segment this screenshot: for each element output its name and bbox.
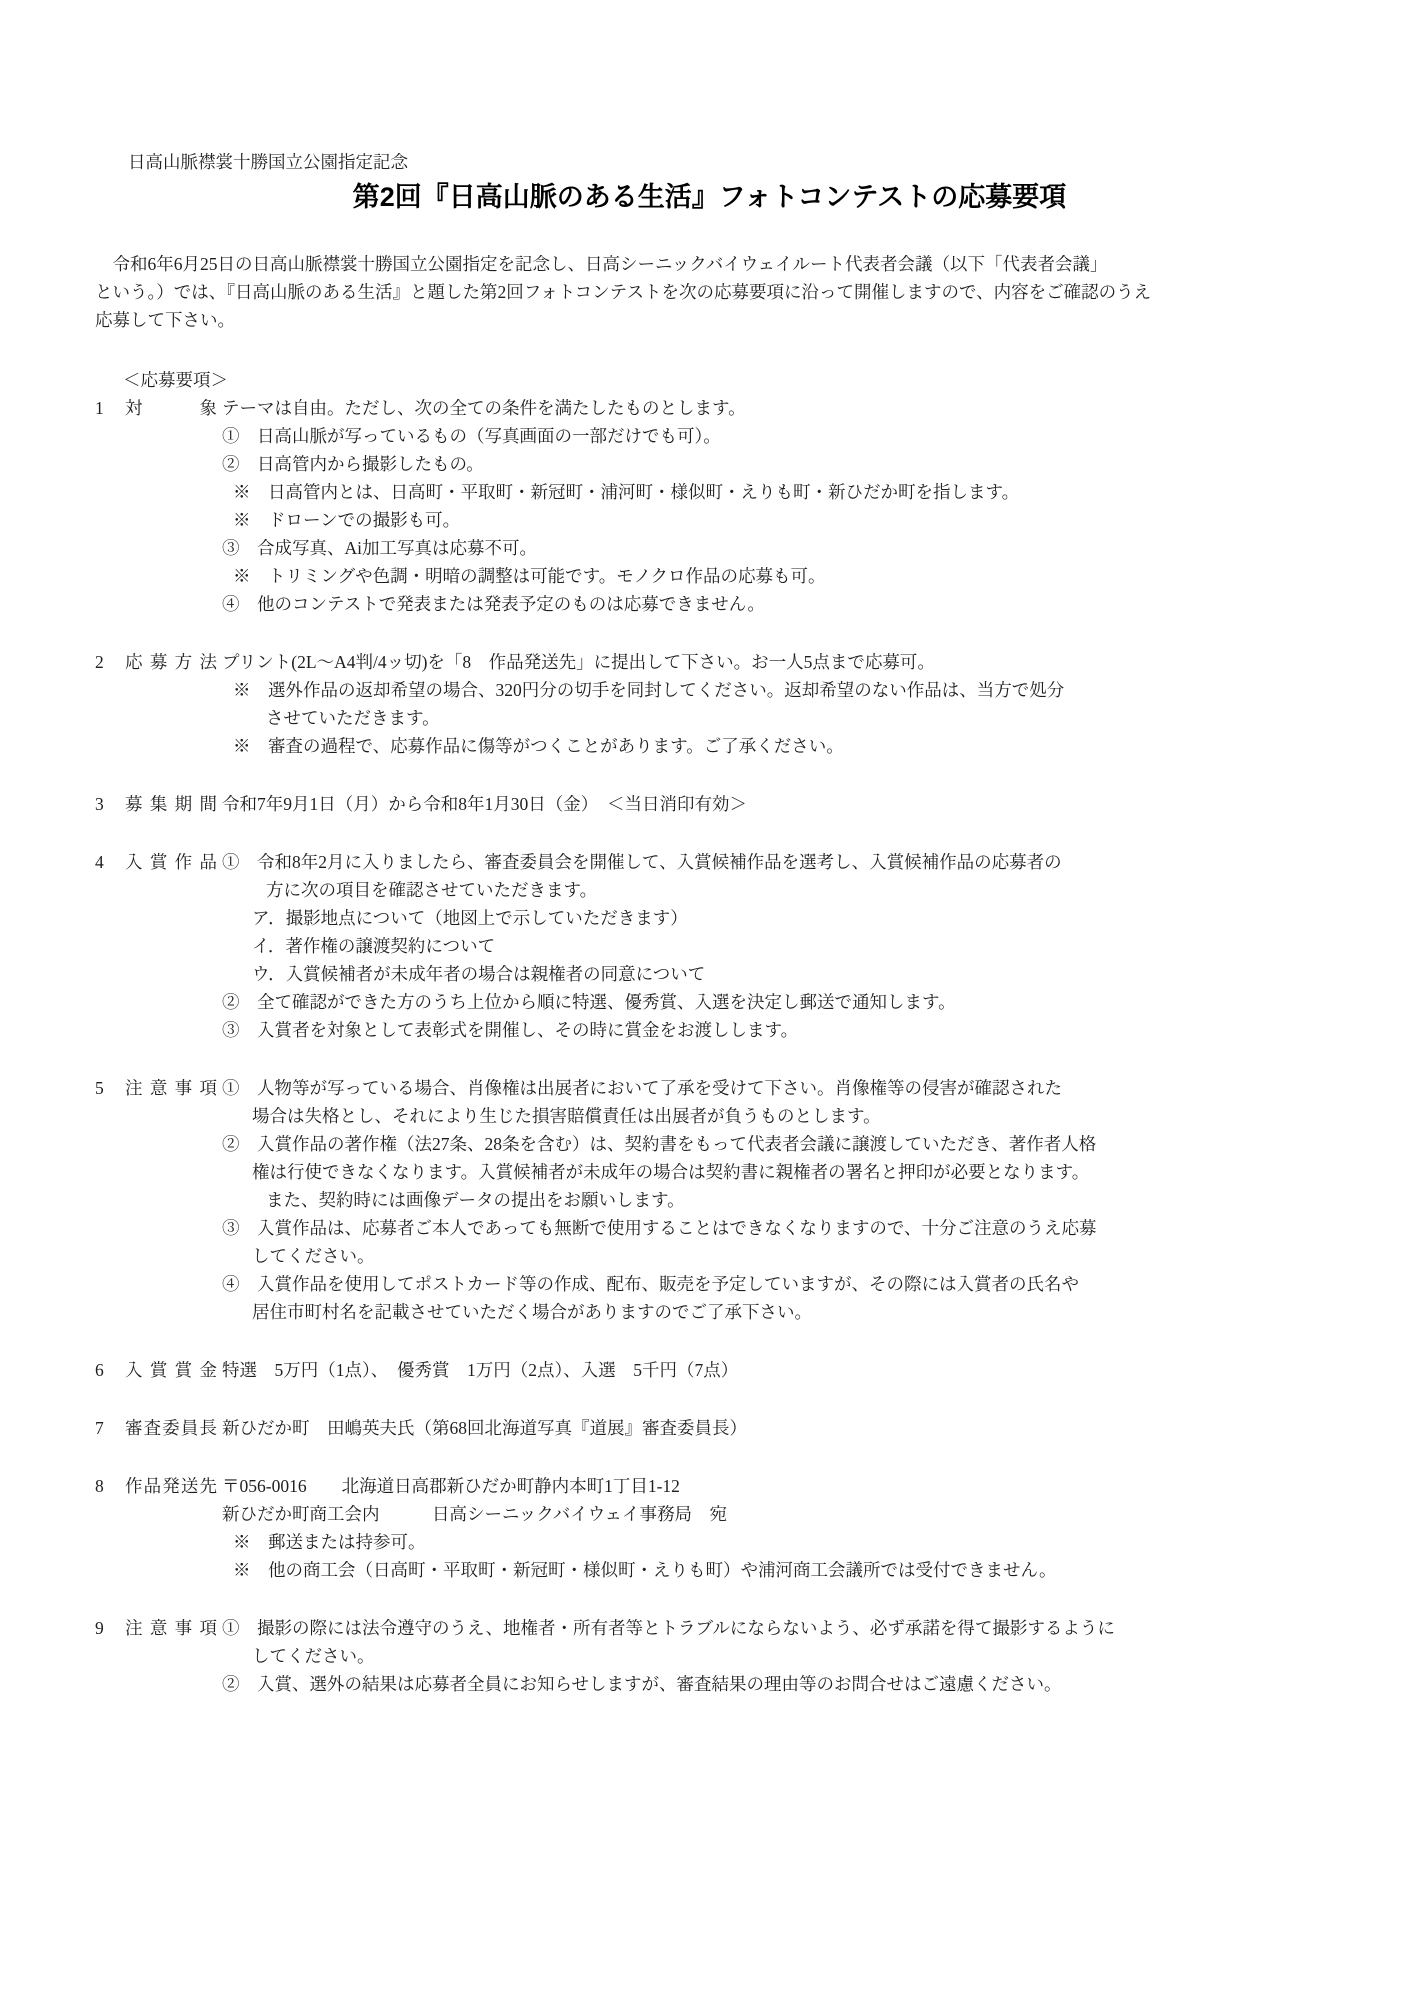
content-line: ② 入賞作品の著作権（法27条、28条を含む）は、契約書をもって代表者会議に譲渡… <box>222 1130 1324 1158</box>
content-line: また、契約時には画像データの提出をお願いします。 <box>222 1186 1324 1214</box>
section-number: 8 <box>95 1472 125 1500</box>
content-line: 新ひだか町 田嶋英夫氏（第68回北海道写真『道展』審査委員長） <box>222 1414 1324 1442</box>
section-head: 4入賞作品 <box>95 848 222 1044</box>
section-title: 注意事項 <box>125 1614 217 1642</box>
content-line: 特選 5万円（1点）、 優秀賞 1万円（2点）、入選 5千円（7点） <box>222 1356 1324 1384</box>
section-number: 1 <box>95 394 125 422</box>
sections: 1対象テーマは自由。ただし、次の全ての条件を満たしたものとします。① 日高山脈が… <box>95 394 1324 1698</box>
section-number: 4 <box>95 848 125 876</box>
content-line: テーマは自由。ただし、次の全ての条件を満たしたものとします。 <box>222 394 1324 422</box>
content-line: ※ ドローンでの撮影も可。 <box>222 506 1324 534</box>
content-line: 方に次の項目を確認させていただきます。 <box>222 876 1324 904</box>
section-number: 2 <box>95 648 125 676</box>
section-title: 募集期間 <box>125 790 217 818</box>
content-line: イ．著作権の譲渡契約について <box>222 932 1324 960</box>
content-line: ③ 合成写真、Ai加工写真は応募不可。 <box>222 534 1324 562</box>
section: 2応募方法プリント(2L～A4判/4ッ切)を「8 作品発送先」に提出して下さい。… <box>95 648 1324 760</box>
section-head: 9注意事項 <box>95 1614 222 1698</box>
page-title: 第2回『日高山脈のある生活』フォトコンテストの応募要項 <box>95 180 1324 214</box>
content-line: 居住市町村名を記載させていただく場合がありますのでご了承下さい。 <box>222 1298 1324 1326</box>
list-heading: ＜応募要項＞ <box>95 366 1324 394</box>
section: 4入賞作品① 令和8年2月に入りましたら、審査委員会を開催して、入賞候補作品を選… <box>95 848 1324 1044</box>
intro-paragraph: 令和6年6月25日の日高山脈襟裳十勝国立公園指定を記念し、日高シーニックバイウェ… <box>95 250 1324 334</box>
content-line: ア．撮影地点について（地図上で示していただきます） <box>222 904 1324 932</box>
section-title: 対象 <box>125 394 217 422</box>
content-line: してください。 <box>222 1642 1324 1670</box>
section-body: 〒056-0016 北海道日高郡新ひだか町静内本町1丁目1-12新ひだか町商工会… <box>222 1472 1324 1584</box>
section-title: 入賞作品 <box>125 848 217 876</box>
content-line: ※ 他の商工会（日高町・平取町・新冠町・様似町・えりも町）や浦河商工会議所では受… <box>222 1556 1324 1584</box>
intro-line: という。）では、『日高山脈のある生活』と題した第2回フォトコンテストを次の応募要… <box>95 278 1324 306</box>
section: 5注意事項① 人物等が写っている場合、肖像権は出展者において了承を受けて下さい。… <box>95 1074 1324 1326</box>
content-line: ※ 郵送または持参可。 <box>222 1528 1324 1556</box>
section-head: 8作品発送先 <box>95 1472 222 1584</box>
intro-line: 応募して下さい。 <box>95 306 1324 334</box>
document-page: 日高山脈襟裳十勝国立公園指定記念 第2回『日高山脈のある生活』フォトコンテストの… <box>0 0 1414 1698</box>
section: 3募集期間令和7年9月1日（月）から令和8年1月30日（金） ＜当日消印有効＞ <box>95 790 1324 818</box>
section: 8作品発送先〒056-0016 北海道日高郡新ひだか町静内本町1丁目1-12新ひ… <box>95 1472 1324 1584</box>
section-number: 9 <box>95 1614 125 1642</box>
section: 7審査委員長新ひだか町 田嶋英夫氏（第68回北海道写真『道展』審査委員長） <box>95 1414 1324 1442</box>
section-body: プリント(2L～A4判/4ッ切)を「8 作品発送先」に提出して下さい。お一人5点… <box>222 648 1324 760</box>
content-line: ① 人物等が写っている場合、肖像権は出展者において了承を受けて下さい。肖像権等の… <box>222 1074 1324 1102</box>
section-body: ① 令和8年2月に入りましたら、審査委員会を開催して、入賞候補作品を選考し、入賞… <box>222 848 1324 1044</box>
content-line: させていただきます。 <box>222 704 1324 732</box>
section-body: 令和7年9月1日（月）から令和8年1月30日（金） ＜当日消印有効＞ <box>222 790 1324 818</box>
content-line: ウ．入賞候補者が未成年者の場合は親権者の同意について <box>222 960 1324 988</box>
section-body: ① 人物等が写っている場合、肖像権は出展者において了承を受けて下さい。肖像権等の… <box>222 1074 1324 1326</box>
section-head: 2応募方法 <box>95 648 222 760</box>
header-note: 日高山脈襟裳十勝国立公園指定記念 <box>95 148 1324 176</box>
section: 6入賞賞金特選 5万円（1点）、 優秀賞 1万円（2点）、入選 5千円（7点） <box>95 1356 1324 1384</box>
content-line: プリント(2L～A4判/4ッ切)を「8 作品発送先」に提出して下さい。お一人5点… <box>222 648 1324 676</box>
intro-line: 令和6年6月25日の日高山脈襟裳十勝国立公園指定を記念し、日高シーニックバイウェ… <box>95 250 1324 278</box>
content-line: ④ 入賞作品を使用してポストカード等の作成、配布、販売を予定していますが、その際… <box>222 1270 1324 1298</box>
section-number: 7 <box>95 1414 125 1442</box>
content-line: 権は行使できなくなります。入賞候補者が未成年の場合は契約書に親権者の署名と押印が… <box>222 1158 1324 1186</box>
section-head: 6入賞賞金 <box>95 1356 222 1384</box>
content-line: ① 撮影の際には法令遵守のうえ、地権者・所有者等とトラブルにならないよう、必ず承… <box>222 1614 1324 1642</box>
content-line: ④ 他のコンテストで発表または発表予定のものは応募できません。 <box>222 590 1324 618</box>
section: 9注意事項① 撮影の際には法令遵守のうえ、地権者・所有者等とトラブルにならないよ… <box>95 1614 1324 1698</box>
section-head: 1対象 <box>95 394 222 618</box>
content-line: ※ 審査の過程で、応募作品に傷等がつくことがあります。ご了承ください。 <box>222 732 1324 760</box>
content-line: 〒056-0016 北海道日高郡新ひだか町静内本町1丁目1-12 <box>222 1472 1324 1500</box>
content-line: 場合は失格とし、それにより生じた損害賠償責任は出展者が負うものとします。 <box>222 1102 1324 1130</box>
section-body: 新ひだか町 田嶋英夫氏（第68回北海道写真『道展』審査委員長） <box>222 1414 1324 1442</box>
section-title: 応募方法 <box>125 648 217 676</box>
content-line: ② 全て確認ができた方のうち上位から順に特選、優秀賞、入選を決定し郵送で通知しま… <box>222 988 1324 1016</box>
section-number: 5 <box>95 1074 125 1102</box>
section-title: 作品発送先 <box>125 1472 217 1500</box>
section-title: 注意事項 <box>125 1074 217 1102</box>
section-head: 3募集期間 <box>95 790 222 818</box>
section-head: 7審査委員長 <box>95 1414 222 1442</box>
section-number: 3 <box>95 790 125 818</box>
content-line: 令和7年9月1日（月）から令和8年1月30日（金） ＜当日消印有効＞ <box>222 790 1324 818</box>
section-head: 5注意事項 <box>95 1074 222 1326</box>
content-line: ② 日高管内から撮影したもの。 <box>222 450 1324 478</box>
content-line: ② 入賞、選外の結果は応募者全員にお知らせしますが、審査結果の理由等のお問合せは… <box>222 1670 1324 1698</box>
section-body: 特選 5万円（1点）、 優秀賞 1万円（2点）、入選 5千円（7点） <box>222 1356 1324 1384</box>
section-title: 審査委員長 <box>125 1414 217 1442</box>
section-body: テーマは自由。ただし、次の全ての条件を満たしたものとします。① 日高山脈が写って… <box>222 394 1324 618</box>
content-line: ① 日高山脈が写っているもの（写真画面の一部だけでも可）。 <box>222 422 1324 450</box>
section-title: 入賞賞金 <box>125 1356 217 1384</box>
content-line: ※ 選外作品の返却希望の場合、320円分の切手を同封してください。返却希望のない… <box>222 676 1324 704</box>
content-line: 新ひだか町商工会内 日高シーニックバイウェイ事務局 宛 <box>222 1500 1324 1528</box>
content-line: ③ 入賞作品は、応募者ご本人であっても無断で使用することはできなくなりますので、… <box>222 1214 1324 1242</box>
content-line: ① 令和8年2月に入りましたら、審査委員会を開催して、入賞候補作品を選考し、入賞… <box>222 848 1324 876</box>
content-line: してください。 <box>222 1242 1324 1270</box>
content-line: ③ 入賞者を対象として表彰式を開催し、その時に賞金をお渡しします。 <box>222 1016 1324 1044</box>
section: 1対象テーマは自由。ただし、次の全ての条件を満たしたものとします。① 日高山脈が… <box>95 394 1324 618</box>
section-number: 6 <box>95 1356 125 1384</box>
section-body: ① 撮影の際には法令遵守のうえ、地権者・所有者等とトラブルにならないよう、必ず承… <box>222 1614 1324 1698</box>
content-line: ※ 日高管内とは、日高町・平取町・新冠町・浦河町・様似町・えりも町・新ひだか町を… <box>222 478 1324 506</box>
content-line: ※ トリミングや色調・明暗の調整は可能です。モノクロ作品の応募も可。 <box>222 562 1324 590</box>
